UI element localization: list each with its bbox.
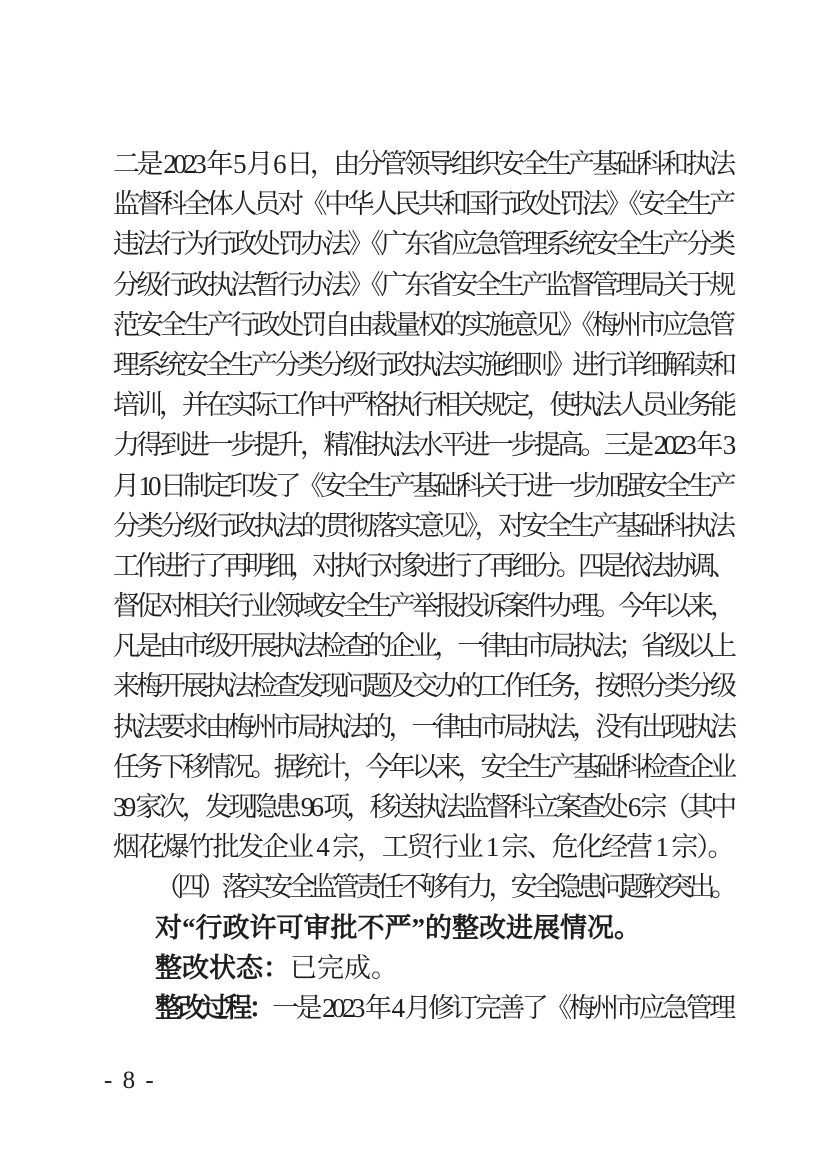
text-line: 39 家次，发现隐患 96 项，移送执法监督科立案查处 6 宗（其中 [113,787,733,827]
text-line: 工作进行了再明细，对执行对象进行了再细分。四是依法协调、 [113,546,733,586]
text-line: 范安全生产行政处罚自由裁量权的实施意见》《梅州市应急管 [113,305,733,345]
text-segment: （四）落实安全监管责任不够有力，安全隐患问题较突出。 [155,872,733,902]
text-line: 力得到进一步提升，精准执法水平进一步提高。三是 2023 年 3 [113,425,733,465]
text-line: 凡是由市级开展执法检查的企业，一律由市局执法；省级以上 [113,626,733,666]
text-segment: 督促对相关行业领域安全生产举报投诉案件办理。今年以来， [113,591,733,621]
text-segment: 培训，并在实际工作中严格执行相关规定，使执法人员业务能 [113,390,733,420]
text-segment: 39 家次，发现隐患 96 项，移送执法监督科立案查处 6 宗（其中 [113,792,733,822]
text-line: 理系统安全生产分类分级行政执法实施细则》进行详细解读和 [113,345,733,385]
text-segment: 违法行为行政处罚办法》《广东省应急管理系统安全生产分类 [113,229,732,259]
text-line: 培训，并在实际工作中严格执行相关规定，使执法人员业务能 [113,385,733,425]
text-line: （四）落实安全监管责任不够有力，安全隐患问题较突出。 [113,867,733,907]
text-segment: 来梅开展执法检查发现问题及交办的工作任务，按照分类分级 [113,671,733,701]
text-segment: 已完成。 [290,953,398,983]
text-segment: 理系统安全生产分类分级行政执法实施细则》进行详细解读和 [113,350,733,380]
text-line: 对“行政许可审批不严”的整改进展情况。 [113,908,733,948]
text-line: 烟花爆竹批发企业 4 宗，工贸行业 1 宗、危化经营 1 宗）。 [113,827,733,867]
text-line: 督促对相关行业领域安全生产举报投诉案件办理。今年以来， [113,586,733,626]
text-segment: 对“行政许可审批不严”的整改进展情况。 [155,913,641,943]
text-segment: 月 10 日制定印发了《安全生产基础科关于进一步加强安全生产 [113,471,733,501]
document-page: 二是 2023 年 5 月 6 日，由分管领导组织安全生产基础科和执法监督科全体… [0,0,827,1170]
text-segment: 监督科全体人员对《中华人民共和国行政处罚法》《安全生产 [113,189,732,219]
text-segment: 分级行政执法暂行办法》《广东省安全生产监督管理局关于规 [113,270,732,300]
text-segment: 执法要求由梅州市局执法的，一律由市局执法，没有出现执法 [113,712,733,742]
text-line: 任务下移情况。据统计，今年以来，安全生产基础科检查企业 [113,747,733,787]
text-line: 月 10 日制定印发了《安全生产基础科关于进一步加强安全生产 [113,466,733,506]
text-segment: 整改过程： [155,993,272,1023]
text-line: 分级行政执法暂行办法》《广东省安全生产监督管理局关于规 [113,265,733,305]
text-line: 执法要求由梅州市局执法的，一律由市局执法，没有出现执法 [113,707,733,747]
text-segment: 凡是由市级开展执法检查的企业，一律由市局执法；省级以上 [113,631,733,661]
text-segment: 烟花爆竹批发企业 4 宗，工贸行业 1 宗、危化经营 1 宗）。 [113,832,732,862]
text-segment: 整改状态： [155,953,290,983]
text-line: 分类分级行政执法的贯彻落实意见》，对安全生产基础科执法 [113,506,733,546]
text-segment: 一是 2023 年 4 月修订完善了《梅州市应急管理 [272,993,732,1023]
document-body: 二是 2023 年 5 月 6 日，由分管领导组织安全生产基础科和执法监督科全体… [113,144,733,1028]
text-line: 整改状态：已完成。 [113,948,733,988]
text-segment: 二是 2023 年 5 月 6 日，由分管领导组织安全生产基础科和执法 [113,149,733,179]
text-line: 二是 2023 年 5 月 6 日，由分管领导组织安全生产基础科和执法 [113,144,733,184]
text-segment: 分类分级行政执法的贯彻落实意见》，对安全生产基础科执法 [113,511,732,541]
text-segment: 范安全生产行政处罚自由裁量权的实施意见》《梅州市应急管 [113,310,732,340]
text-segment: 任务下移情况。据统计，今年以来，安全生产基础科检查企业 [113,752,733,782]
text-line: 来梅开展执法检查发现问题及交办的工作任务，按照分类分级 [113,666,733,706]
text-line: 违法行为行政处罚办法》《广东省应急管理系统安全生产分类 [113,224,733,264]
text-line: 整改过程：一是 2023 年 4 月修订完善了《梅州市应急管理 [113,988,733,1028]
page-number: - 8 - [104,1066,156,1096]
text-line: 监督科全体人员对《中华人民共和国行政处罚法》《安全生产 [113,184,733,224]
text-segment: 力得到进一步提升，精准执法水平进一步提高。三是 2023 年 3 [113,430,733,460]
text-segment: 工作进行了再明细，对执行对象进行了再细分。四是依法协调、 [113,551,733,581]
